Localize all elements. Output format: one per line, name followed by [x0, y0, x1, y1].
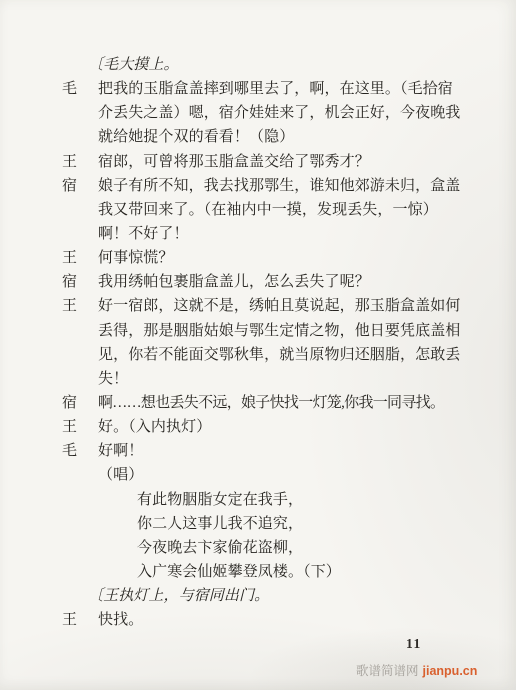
script-line: 介丢失之盖）嗯，宿介娃娃来了，机会正好，今夜晚我	[62, 101, 482, 125]
script-line: 丢得，那是胭脂姑娘与鄂生定情之物，他日要凭底盖相	[62, 319, 482, 343]
script-line: 有此物胭脂女定在我手，	[62, 488, 482, 512]
speaker-label: 毛	[62, 439, 98, 463]
line-text: 失！	[98, 367, 128, 391]
script-line: 宿我用绣帕包裹脂盒盖儿，怎么丢失了呢？	[62, 270, 482, 294]
line-text: 入广寒会仙姬攀登凤楼。（下）	[137, 560, 341, 584]
script-line: 我又带回来了。（在袖内中一摸，发现丢失，一惊）	[62, 198, 482, 222]
line-text: 娘子有所不知，我去找那鄂生，谁知他郊游未归，盒盖	[98, 174, 460, 198]
speaker-label: 宿	[62, 270, 98, 294]
line-text: 丢得，那是胭脂姑娘与鄂生定情之物，他日要凭底盖相	[98, 319, 460, 343]
line-text: 见，你若不能面交鄂秋隼，就当原物归还胭脂，怎敢丢	[98, 343, 460, 367]
speaker-label: 王	[62, 294, 98, 318]
speaker-label: 王	[62, 150, 98, 174]
script-line: 毛把我的玉脂盒盖摔到哪里去了，啊，在这里。（毛拾宿	[62, 77, 482, 101]
line-text: 何事惊慌？	[98, 246, 174, 270]
scanned-script-page: 〔毛大摸上。毛把我的玉脂盒盖摔到哪里去了，啊，在这里。（毛拾宿介丢失之盖）嗯，宿…	[0, 0, 516, 690]
script-line: 王快找。	[62, 608, 482, 632]
line-text: 〔王执灯上，与宿同出门。	[88, 584, 269, 608]
line-text: 你二人这事儿我不追究，	[137, 512, 303, 536]
script-line: 毛好啊！	[62, 439, 482, 463]
page-number: 11	[406, 636, 422, 652]
watermark: 歌谱简谱网jianpu.cn	[356, 661, 477, 679]
line-text: 把我的玉脂盒盖摔到哪里去了，啊，在这里。（毛拾宿	[98, 77, 453, 101]
speaker-label: 宿	[62, 174, 98, 198]
script-line: 〔毛大摸上。	[62, 53, 482, 77]
line-text: 啊！不好了！	[98, 222, 189, 246]
speaker-label: 宿	[62, 391, 98, 415]
watermark-site-name: 歌谱简谱网	[356, 664, 419, 678]
line-text: 〔毛大摸上。	[88, 53, 179, 77]
script-line: 见，你若不能面交鄂秋隼，就当原物归还胭脂，怎敢丢	[62, 343, 482, 367]
script-line: 王好。（入内执灯）	[62, 415, 482, 439]
line-text: 我用绣帕包裹脂盒盖儿，怎么丢失了呢？	[98, 270, 370, 294]
line-text: 好。（入内执灯）	[98, 415, 211, 439]
line-text: 快找。	[98, 608, 143, 632]
watermark-site-url: jianpu.cn	[423, 664, 478, 678]
speaker-label: 毛	[62, 77, 98, 101]
line-text: 我又带回来了。（在袖内中一摸，发现丢失，一惊）	[98, 198, 438, 222]
script-line: 宿娘子有所不知，我去找那鄂生，谁知他郊游未归，盒盖	[62, 174, 482, 198]
script-line: 就给她捉个双的看看！（隐）	[62, 125, 482, 149]
line-text: 啊……想也丢失不远，娘子快找一灯笼,你我一同寻找。	[98, 391, 444, 415]
script-line: 啊！不好了！	[62, 222, 482, 246]
script-line: 王何事惊慌？	[62, 246, 482, 270]
line-text: 就给她捉个双的看看！（隐）	[98, 125, 294, 149]
line-text: 介丢失之盖）嗯，宿介娃娃来了，机会正好，今夜晚我	[98, 101, 460, 125]
script-line: 你二人这事儿我不追究，	[62, 512, 482, 536]
script-lines: 〔毛大摸上。毛把我的玉脂盒盖摔到哪里去了，啊，在这里。（毛拾宿介丢失之盖）嗯，宿…	[62, 53, 482, 632]
script-line: 今夜晚去卞家偷花盗柳，	[62, 536, 482, 560]
script-line: 〔王执灯上，与宿同出门。	[62, 584, 482, 608]
speaker-label: 王	[62, 246, 98, 270]
script-line: （唱）	[62, 463, 482, 487]
speaker-label: 王	[62, 608, 98, 632]
line-text: 宿郎，可曾将那玉脂盒盖交给了鄂秀才？	[98, 150, 370, 174]
line-text: （唱）	[98, 463, 143, 487]
speaker-label: 王	[62, 415, 98, 439]
line-text: 今夜晚去卞家偷花盗柳，	[137, 536, 303, 560]
line-text: 好啊！	[98, 439, 143, 463]
line-text: 有此物胭脂女定在我手，	[137, 488, 303, 512]
line-text: 好一宿郎，这就不是，绣帕且莫说起，那玉脂盒盖如何	[98, 294, 460, 318]
script-line: 宿啊……想也丢失不远，娘子快找一灯笼,你我一同寻找。	[62, 391, 482, 415]
script-line: 王宿郎，可曾将那玉脂盒盖交给了鄂秀才？	[62, 150, 482, 174]
script-line: 王好一宿郎，这就不是，绣帕且莫说起，那玉脂盒盖如何	[62, 294, 482, 318]
script-line: 失！	[62, 367, 482, 391]
script-line: 入广寒会仙姬攀登凤楼。（下）	[62, 560, 482, 584]
